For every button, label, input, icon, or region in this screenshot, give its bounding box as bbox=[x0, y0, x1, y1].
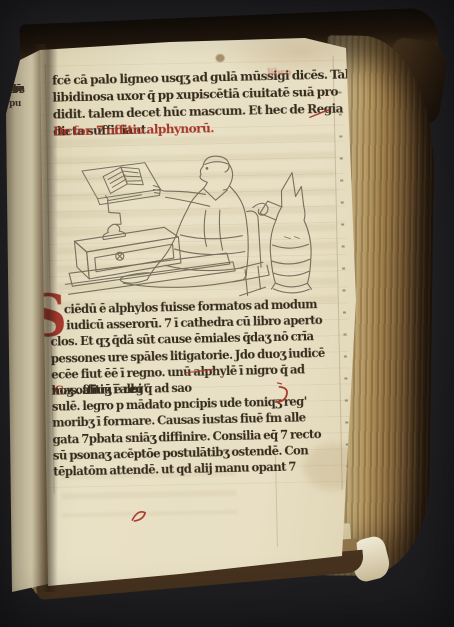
fragment: ā bbox=[1, 82, 6, 97]
facing-page-strip: ā pu bono uūlē ieraʒ essē q̄ch iaʒ uan l… bbox=[0, 44, 48, 596]
fragment: rey bbox=[1, 82, 16, 97]
fragment: dē bbox=[1, 82, 12, 97]
red-slash-mark bbox=[310, 110, 329, 117]
red-bottom-squiggle bbox=[132, 512, 145, 521]
fragment: cū bbox=[1, 82, 12, 97]
fragment: 44 bbox=[1, 82, 13, 97]
red-marginal-flourish-tick bbox=[277, 383, 281, 384]
fragment: ad bbox=[1, 82, 12, 97]
fragment: fir bbox=[1, 82, 12, 97]
fragment: ur bbox=[1, 82, 12, 97]
manuscript-photo: ā pu bono uūlē ieraʒ essē q̄ch iaʒ uan l… bbox=[0, 0, 454, 627]
fragment: q̄ bbox=[1, 82, 7, 97]
red-marginal-flourish bbox=[276, 387, 288, 402]
red-strike-mark bbox=[185, 369, 213, 373]
